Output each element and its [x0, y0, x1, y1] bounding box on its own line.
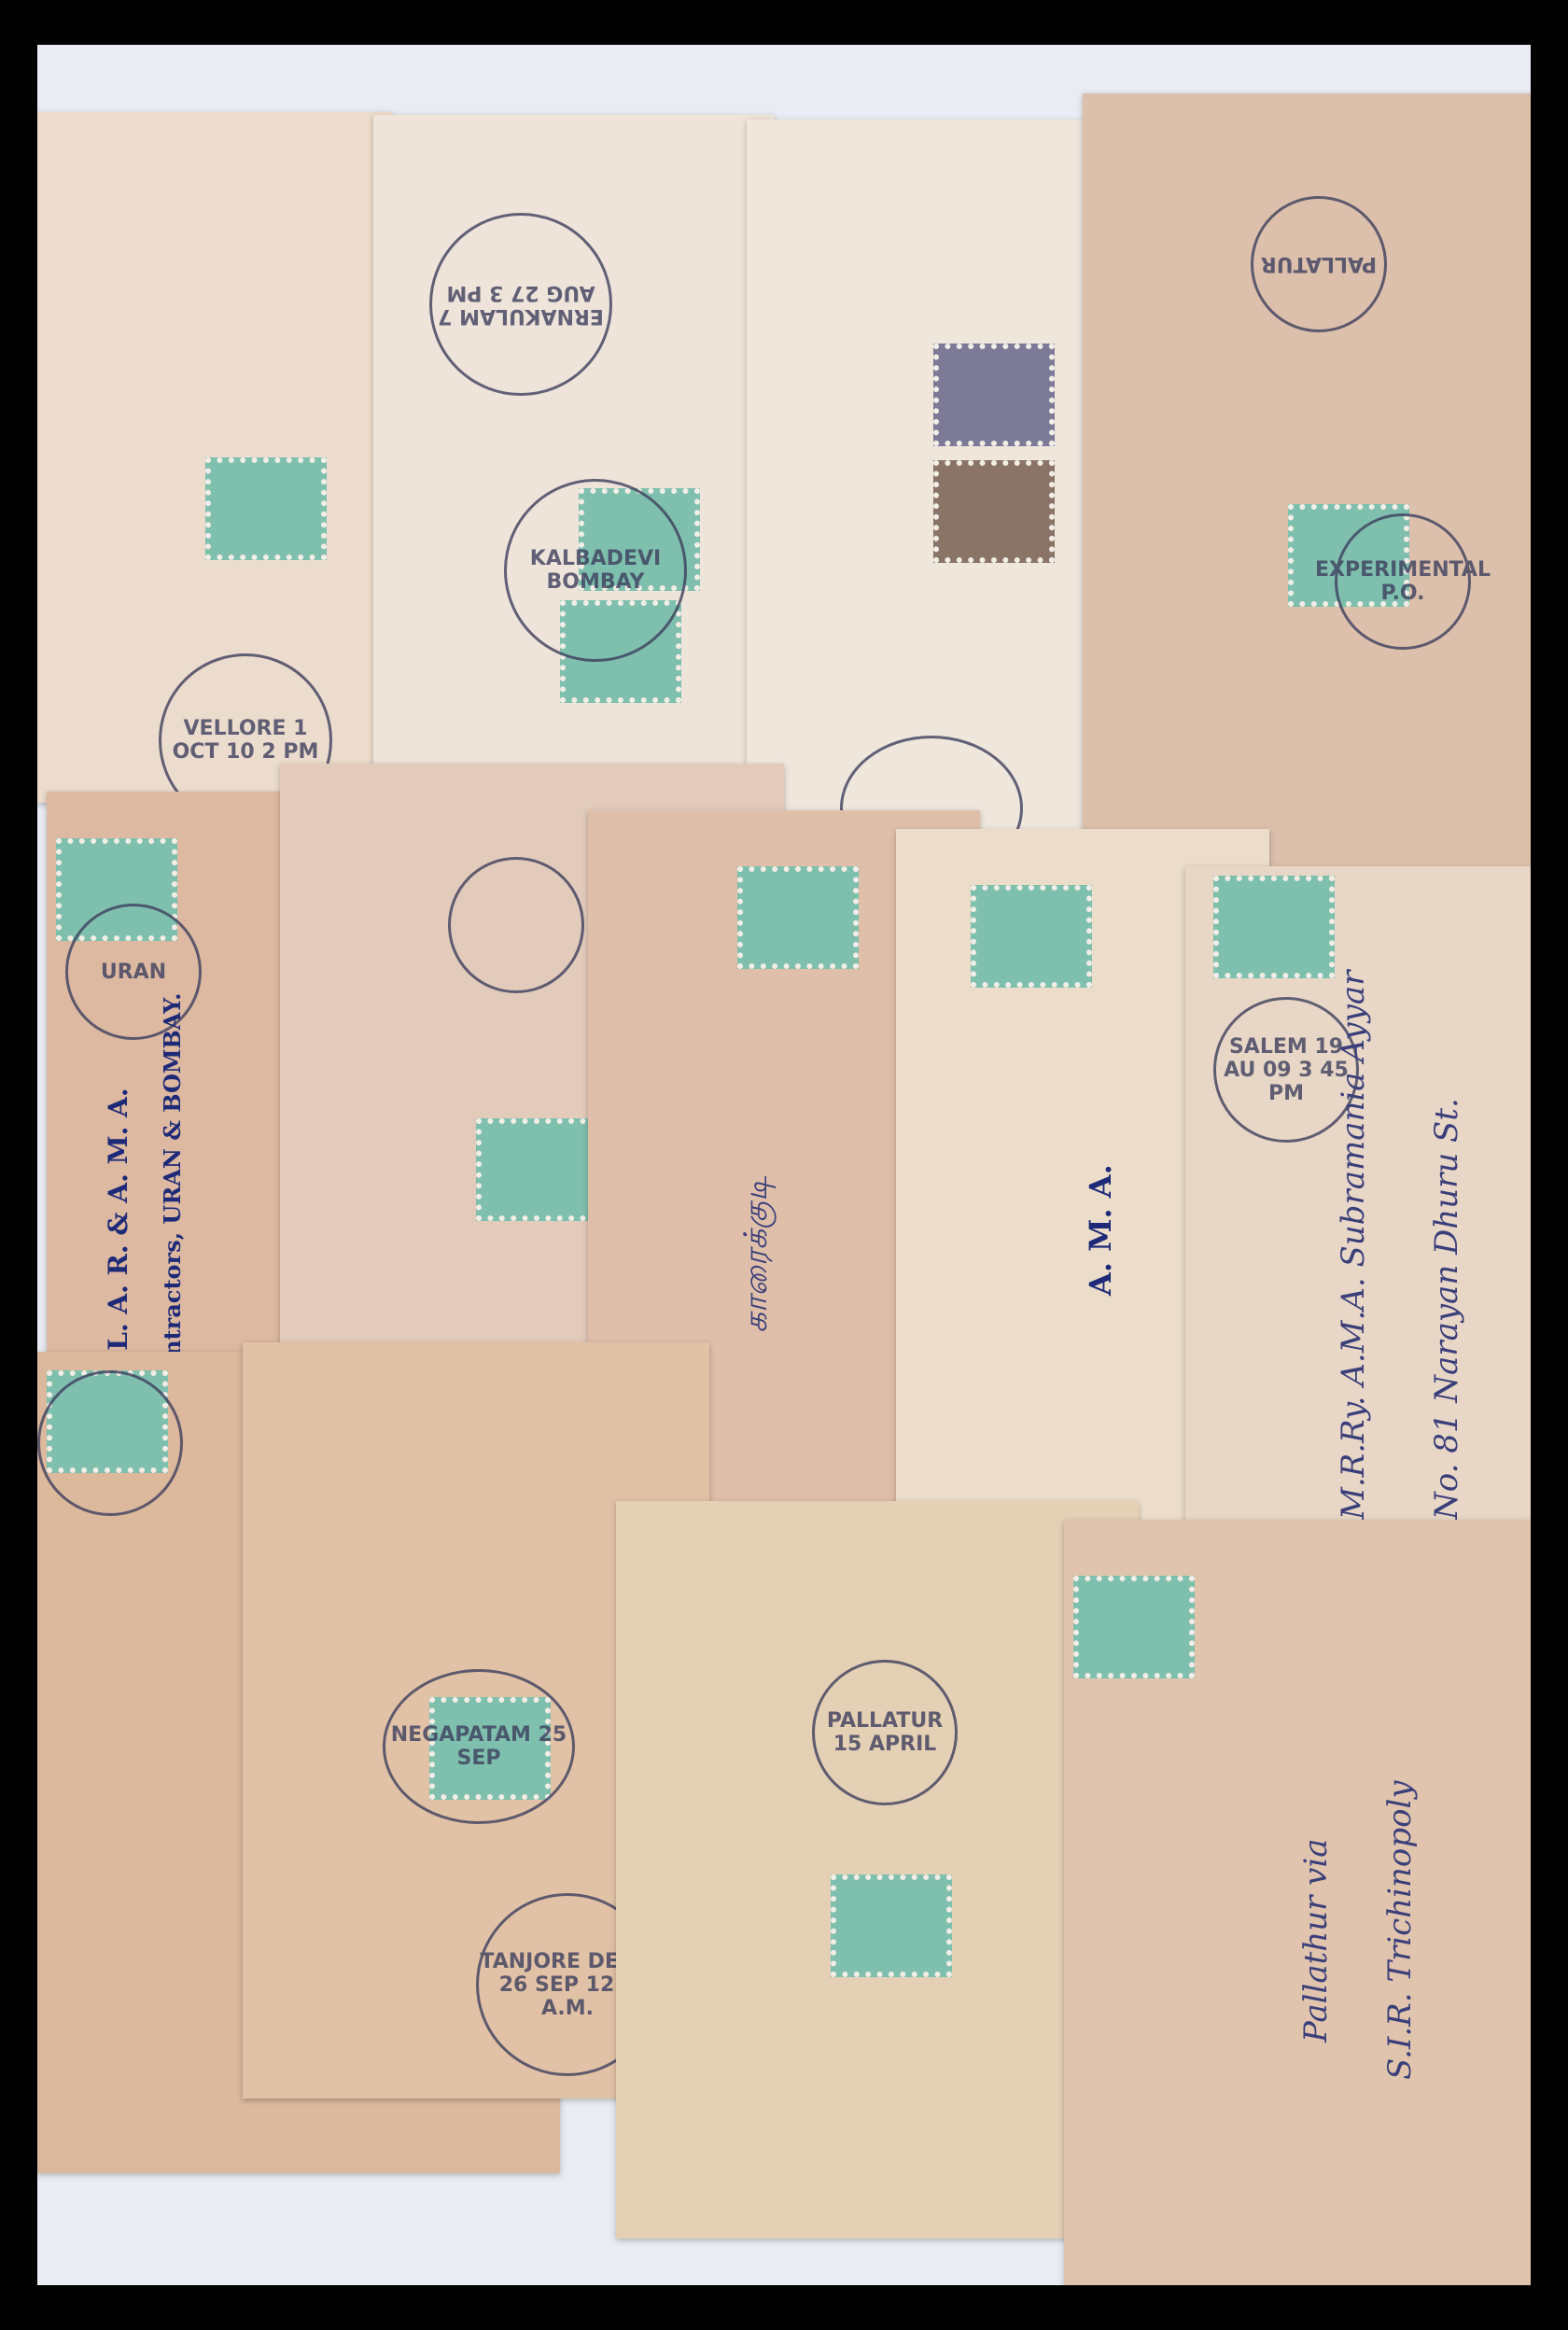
printed-firm: A. L. A. R. & A. M. A.	[103, 1088, 133, 1389]
handwritten-route: Pallathur via	[1297, 1838, 1335, 2042]
cover-9: SALEM 19 AU 09 3 45 PM M.R.Ry. A.M.A. Su…	[1185, 866, 1531, 1576]
cover-3	[747, 119, 1101, 829]
stamp	[933, 460, 1055, 563]
cover-4: PALLATUR EXPERIMENTAL P.O.	[1083, 93, 1531, 933]
postmark-bombay: KALBADEVI BOMBAY	[504, 479, 687, 662]
stamp	[933, 344, 1055, 446]
album-page: VELLORE 1 OCT 10 2 PM ERNAKULAM 7 AUG 27…	[37, 45, 1531, 2285]
tamil-address: காரைக்குடி	[737, 1176, 778, 1333]
cover-12: PALLATUR 15 APRIL	[616, 1501, 1139, 2239]
handwritten-street: No. 81 Narayan Dhuru St.	[1428, 1098, 1465, 1520]
stamp	[831, 1874, 952, 1977]
stamp	[1073, 1576, 1195, 1678]
cover-2: ERNAKULAM 7 AUG 27 3 PM KALBADEVI BOMBAY	[373, 115, 775, 806]
postmark	[448, 857, 584, 993]
photo-stage: VELLORE 1 OCT 10 2 PM ERNAKULAM 7 AUG 27…	[0, 0, 1568, 2330]
cover-13: Pallathur via S.I.R. Trichinopoly	[1064, 1520, 1531, 2285]
postmark-pallatur: PALLATUR 15 APRIL	[812, 1660, 958, 1805]
handwritten-city: S.I.R. Trichinopoly	[1381, 1780, 1419, 2080]
printed-ama: A. M. A.	[1083, 1164, 1118, 1296]
postmark-ernakulam: ERNAKULAM 7 AUG 27 3 PM	[429, 213, 612, 396]
stamp	[1213, 876, 1335, 978]
handwritten-addressee: M.R.Ry. A.M.A. Subramania Ayyar	[1335, 971, 1372, 1520]
stamp	[971, 885, 1092, 988]
printed-contractors: Contractors, URAN & BOMBAY.	[159, 992, 186, 1389]
postmark-experimental: EXPERIMENTAL P.O.	[1335, 513, 1471, 650]
cover-5: URAN A. L. A. R. & A. M. A. Contractors,…	[47, 792, 308, 1408]
cover-1: VELLORE 1 OCT 10 2 PM	[37, 112, 392, 803]
stamp	[476, 1118, 597, 1221]
postmark-negapatam: NEGAPATAM 25 SEP	[383, 1669, 575, 1824]
stamp	[737, 866, 859, 969]
stamp	[205, 457, 327, 560]
postmark	[37, 1370, 183, 1516]
postmark-pallatur: PALLATUR	[1251, 196, 1387, 332]
